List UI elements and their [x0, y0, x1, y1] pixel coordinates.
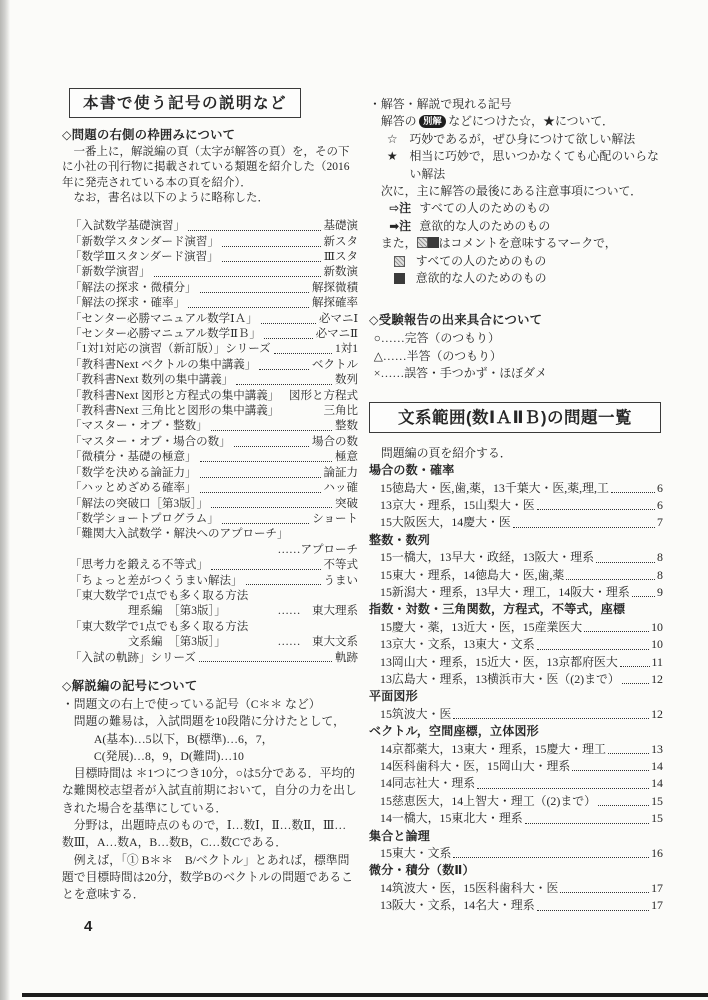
problem-schools: 15筑波大・医: [380, 706, 451, 723]
spacer: [279, 389, 289, 404]
spacer: [70, 543, 278, 558]
dotted-leader: [219, 250, 324, 265]
book-abbr: 整数: [335, 419, 358, 434]
problem-schools: 14同志社大・理系: [380, 775, 475, 792]
dotted-leader: [271, 342, 335, 357]
book-row: 「入試数学基礎演習」基礎演: [62, 219, 358, 234]
dotted-leader: [196, 651, 335, 666]
problem-row: 14京都薬大，13東大・理系，15慶大・理工13: [369, 741, 663, 758]
problem-page-number: 11: [652, 654, 663, 671]
shaded-square-icon: [394, 256, 405, 267]
dotted-leader: [596, 793, 651, 810]
left-column: 本書で使う記号の説明など ◇問題の右側の枠囲みについて 一番上に，解説編の頁（太…: [62, 88, 358, 904]
book-abbr: 三角比: [324, 404, 359, 419]
dotted-leader: [511, 514, 657, 531]
book-row: 「微積分・基礎の極意」極意: [62, 450, 358, 465]
dotted-leader: [523, 810, 651, 827]
book-row: 「センター必勝マニュアル数学ⅠＡ」必マニⅠ: [62, 312, 358, 327]
dotted-leader: [208, 419, 335, 434]
problem-row: 15筑波大・医12: [369, 706, 663, 723]
book-abbr: ショート: [312, 512, 358, 527]
book-row: 「教科書Next ベクトルの集中講義」ベクトル: [62, 358, 358, 373]
book-row: 「思考力を鍛える不等式」不等式: [62, 558, 358, 573]
kaisetsu-heading: ◇解説編の記号について: [62, 678, 358, 694]
problem-group-heading: 場合の数・確率: [369, 462, 663, 479]
white-arrow-note-icon: ⇨注: [389, 200, 411, 217]
filled-square-icon: [428, 237, 439, 248]
book-title: 「東大数学で1点でも多く取る方法: [70, 589, 248, 604]
problem-schools: 14一橋大，15東北大・理系: [380, 810, 523, 827]
book-row: 「数学ショートプログラム」ショート: [62, 512, 358, 527]
kaisetsu-field-para: 分野は，出題時点のもので，Ⅰ…数Ⅰ，Ⅱ…数Ⅱ，Ⅲ…数Ⅲ，A…数A，B…数B，C……: [62, 817, 358, 852]
problem-page-number: 15: [651, 793, 663, 810]
problem-group-heading: ベクトル，空間座標，立体図形: [369, 723, 663, 740]
report-item-complete: ○……完答（のつもり）: [374, 330, 663, 347]
spacer: [279, 404, 323, 419]
book-row: 「入試の軌跡」シリーズ軌跡: [62, 651, 358, 666]
problem-schools: 14医科歯科大・医，15岡山大・理系: [380, 758, 570, 775]
comment-item-ambitious: 意欲的な人のためのもの: [369, 270, 663, 287]
problem-schools: 14京都薬大，13東大・理系，15慶大・理工: [380, 741, 606, 758]
problem-row: 15慶大・薬，13近大・医，15産業医大10: [369, 619, 663, 636]
problem-page-number: 17: [651, 880, 663, 897]
book-abbr: 不等式: [324, 558, 359, 573]
symbols-title: 本書で使う記号の説明など: [83, 95, 287, 112]
dotted-leader: [197, 281, 313, 296]
book-abbr: 図形と方程式: [289, 389, 358, 404]
problem-group-heading: 平面図形: [369, 688, 663, 705]
problem-page-number: 8: [657, 567, 663, 584]
book-row: 「難関大入試数学・解決へのアプローチ」: [62, 527, 358, 542]
dotted-leader: [256, 358, 312, 373]
dotted-leader: [208, 497, 335, 512]
book-title: 「難関大入試数学・解決へのアプローチ」: [70, 527, 289, 542]
book-row: 「数学を決める論証力」論証力: [62, 466, 358, 481]
problem-schools: 13京大・文系，13東大・文系: [380, 636, 535, 653]
problem-group-heading: 整数・数列: [369, 532, 663, 549]
book-row: 「教科書Next 三角比と図形の集中講義」三角比: [62, 404, 358, 419]
note-item-all: ⇨注 すべての人のためのもの: [369, 200, 663, 217]
black-arrow-note-icon: ➡注: [389, 218, 411, 235]
book-title: 「東大数学で1点でも多く取る方法: [70, 620, 248, 635]
book-title: 「教科書Next 三角比と図形の集中講義」: [70, 404, 279, 419]
problem-group-heading: 微分・積分（数Ⅱ）: [369, 862, 663, 879]
problem-page-number: 12: [651, 706, 663, 723]
dotted-leader: [564, 567, 657, 584]
problem-page-number: 14: [651, 758, 663, 775]
problem-row: 13阪大・文系，14名大・理系17: [369, 897, 663, 914]
book-row: 理系編 ［第3版］」…… 東大理系: [62, 604, 358, 619]
problem-page-number: 10: [651, 619, 663, 636]
book-row: 「マスター・オブ・場合の数」場合の数: [62, 435, 358, 450]
bunkei-list-title-box: 文系範囲(数ⅠＡⅡＢ)の問題一覧: [369, 402, 661, 433]
dotted-leader: [451, 706, 651, 723]
spacer: [226, 635, 278, 650]
book-title: 「ハッとめざめる確率」: [70, 481, 197, 496]
book-row: 「ちょっと差がつくうまい解法」うまい: [62, 574, 358, 589]
book-title: 「教科書Next ベクトルの集中講義」: [70, 358, 256, 373]
book-row: 「マスター・オブ・整数」整数: [62, 419, 358, 434]
right-column: ・解答・解説で現れる記号 解答の別解などにつけた☆，★について． ☆ 巧妙である…: [369, 96, 663, 915]
problem-schools: 13岡山大・理系，15近大・医，13京都府医大: [380, 654, 618, 671]
problem-group-heading: 集合と論理: [369, 828, 663, 845]
problem-row: 14同志社大・理系14: [369, 775, 663, 792]
book-title: 「新数学スタンダード演習」: [70, 235, 219, 250]
dotted-leader: [261, 327, 316, 342]
problem-page-number: 15: [651, 810, 663, 827]
report-items: ○……完答（のつもり） △……半答（のつもり） ×……誤答・手つかず・ほぼダメ: [369, 330, 663, 382]
report-item-wrong: ×……誤答・手つかず・ほぼダメ: [374, 365, 663, 382]
spacer: [226, 604, 278, 619]
book-abbr: 新スタ: [324, 235, 359, 250]
dotted-leader: [558, 880, 651, 897]
book-row: 「新数学スタンダード演習」新スタ: [62, 235, 358, 250]
frame-section-para1: 一番上に，解説編の頁（太字が解答の頁）を，その下に小社の刊行物に掲載されている類…: [62, 145, 358, 191]
dotted-leader: [185, 219, 324, 234]
book-row: 「新数学演習」新数演: [62, 265, 358, 280]
kaisetsu-grade-a-line: A(基本)…5以下，B(標準)…6，7，: [62, 731, 358, 748]
dotted-leader: [151, 265, 324, 280]
book-row: 「解法の探求・微積分」解探微積: [62, 281, 358, 296]
scan-edge-bottom: [22, 993, 708, 997]
book-row: 「教科書Next 図形と方程式の集中講義」図形と方程式: [62, 389, 358, 404]
bekkai-badge: 別解: [419, 115, 447, 128]
dotted-leader: [219, 235, 323, 250]
filled-square-icon: [394, 273, 405, 284]
dotted-leader: [451, 845, 651, 862]
book-abbr: 数列: [335, 373, 358, 388]
problem-group-heading: 指数・対数・三角関数，方程式，不等式，座標: [369, 601, 663, 618]
filled-square-text: 意欲的な人のためのもの: [416, 270, 547, 287]
book-title: 理系編 ［第3版］」: [128, 604, 226, 619]
problem-row: 13京大・理系，15山梨大・医6: [369, 497, 663, 514]
book-row: ……アプローチ: [62, 543, 358, 558]
problem-page-number: 8: [657, 549, 663, 566]
book-abbr: 解探確率: [312, 296, 358, 311]
dotted-leader: [535, 636, 652, 653]
book-abbreviation-list: 「入試数学基礎演習」基礎演「新数学スタンダード演習」新スタ「数学Ⅲスタンダード演…: [62, 219, 358, 666]
problem-page-number: 14: [651, 775, 663, 792]
book-title: 「1対1対応の演習（新訂版）」シリーズ: [70, 342, 271, 357]
problem-row: 15東大・文系16: [369, 845, 663, 862]
frame-section-para2: なお，書名は以下のように略称した．: [62, 191, 358, 206]
shaded-square-text: すべての人のためのもの: [416, 253, 547, 270]
white-star-text: 巧妙であるが，ぜひ身につけて欲しい解法: [409, 131, 663, 148]
comment-intro-post: はコメントを意味するマークで，: [439, 236, 617, 250]
dotted-leader: [594, 549, 657, 566]
problem-row: 15徳島大・医,歯,薬，13千葉大・医,薬,理,工6: [369, 480, 663, 497]
star-item-white: ☆ 巧妙であるが，ぜひ身につけて欲しい解法: [369, 131, 663, 148]
book-title: 「教科書Next 数列の集中講義」: [70, 373, 233, 388]
problem-schools: 15一橋大，13早大・政経，13阪大・理系: [380, 549, 594, 566]
kaisetsu-time-para: 目標時間は ＊1つにつき10分，○は5分である．平均的な難関校志望者が入試直前期…: [62, 765, 358, 817]
dotted-leader: [570, 758, 651, 775]
book-abbr: ハッ確: [324, 481, 359, 496]
book-abbr: 1対1: [335, 342, 358, 357]
problem-row: 14筑波大・医，15医科歯科大・医17: [369, 880, 663, 897]
kaisetsu-grade-c-line: C(発展)…8，9，D(難問)…10: [62, 748, 358, 765]
shaded-square-icon: [417, 237, 428, 248]
answer-symbols-heading: ・解答・解説で現れる記号: [369, 96, 663, 113]
comment-intro-pre: また，: [381, 236, 417, 250]
dotted-leader: [535, 897, 652, 914]
problem-schools: 15大阪医大，14慶大・医: [380, 514, 511, 531]
problem-row: 15新潟大・理系，13早大・理工，14阪大・理系9: [369, 584, 663, 601]
dotted-leader: [606, 741, 651, 758]
problem-row: 13岡山大・理系，15近大・医，13京都府医大11: [369, 654, 663, 671]
book-title: 「数学を決める論証力」: [70, 466, 197, 481]
book-abbr: 突破: [335, 497, 358, 512]
book-title: 「センター必勝マニュアル数学ⅡＢ」: [70, 327, 261, 342]
report-item-half: △……半答（のつもり）: [374, 348, 663, 365]
problem-schools: 15慶大・薬，13近大・医，15産業医大: [380, 619, 582, 636]
book-abbr: 必マニⅠ: [319, 312, 358, 327]
dotted-leader: [197, 481, 324, 496]
problem-row: 15大阪医大，14慶大・医7: [369, 514, 663, 531]
problem-list: 場合の数・確率15徳島大・医,歯,薬，13千葉大・医,薬,理,工613京大・理系…: [369, 462, 663, 915]
report-heading: ◇受験報告の出来具合について: [369, 312, 663, 328]
kaisetsu-section: ◇解説編の記号について ・問題文の右上で使っている記号（C＊＊ など） 問題の難…: [62, 678, 358, 904]
kaisetsu-example-para: 例えば，「① B＊＊ B/ベクトル」とあれば，標準問題で目標時間は20分，数学B…: [62, 852, 358, 904]
book-row: 文系編 ［第3版］」…… 東大文系: [62, 635, 358, 650]
dotted-leader: [535, 497, 657, 514]
book-row: 「センター必勝マニュアル数学ⅡＢ」必マニⅡ: [62, 327, 358, 342]
problem-row: 14一橋大，15東北大・理系15: [369, 810, 663, 827]
dotted-leader: [233, 373, 335, 388]
book-title: 「解法の突破口［第3版］」: [70, 497, 208, 512]
book-row: 「東大数学で1点でも多く取る方法: [62, 589, 358, 604]
book-row: 「1対1対応の演習（新訂版）」シリーズ1対1: [62, 342, 358, 357]
problem-row: 13京大・文系，13東大・文系10: [369, 636, 663, 653]
problem-row: 15東大・理系，14徳島大・医,歯,薬8: [369, 567, 663, 584]
dotted-leader: [219, 512, 312, 527]
book-abbr: 論証力: [324, 466, 359, 481]
book-title: 「入試数学基礎演習」: [70, 219, 185, 234]
book-abbr: 極意: [335, 450, 358, 465]
book-abbr: 新数演: [324, 265, 359, 280]
book-row: 「東大数学で1点でも多く取る方法: [62, 620, 358, 635]
book-row: 「解法の突破口［第3版］」突破: [62, 497, 358, 512]
book-row: 「数学Ⅲスタンダード演習」Ⅲスタ: [62, 250, 358, 265]
book-title: 「入試の軌跡」シリーズ: [70, 651, 196, 666]
book-abbr: ベクトル: [312, 358, 358, 373]
book-abbr: 場合の数: [312, 435, 358, 450]
book-abbr: うまい: [324, 574, 359, 589]
dotted-leader: [208, 558, 324, 573]
problem-schools: 13阪大・文系，14名大・理系: [380, 897, 535, 914]
book-title: 「思考力を鍛える不等式」: [70, 558, 208, 573]
problem-page-number: 7: [657, 514, 663, 531]
book-abbr: …… 東大文系: [278, 635, 359, 650]
book-title: 「マスター・オブ・場合の数」: [70, 435, 231, 450]
dotted-leader: [185, 296, 312, 311]
book-abbr: 軌跡: [335, 651, 358, 666]
problem-page-number: 9: [657, 584, 663, 601]
problem-schools: 15徳島大・医,歯,薬，13千葉大・医,薬,理,工: [380, 480, 609, 497]
badge-line-post: などにつけた☆，★について．: [448, 114, 614, 128]
dotted-leader: [258, 312, 319, 327]
symbols-title-box: 本書で使う記号の説明など: [69, 88, 301, 118]
problem-page-number: 16: [651, 845, 663, 862]
book-title: 「数学Ⅲスタンダード演習」: [70, 250, 219, 265]
black-star-text: 相当に巧妙で，思いつかなくても心配のいらない解法: [409, 148, 663, 183]
scan-edge-left: [0, 0, 10, 1000]
frame-section-heading: ◇問題の右側の枠囲みについて: [62, 127, 358, 143]
book-title: 「センター必勝マニュアル数学ⅠＡ」: [70, 312, 258, 327]
comment-item-all: すべての人のためのもの: [369, 253, 663, 270]
dotted-leader: [630, 584, 657, 601]
book-title: 「解法の探求・微積分」: [70, 281, 197, 296]
problem-schools: 15東大・文系: [380, 845, 451, 862]
book-title: 「教科書Next 図形と方程式の集中講義」: [70, 389, 279, 404]
problem-row: 15一橋大，13早大・政経，13阪大・理系8: [369, 549, 663, 566]
book-row: 「解法の探求・確率」解探確率: [62, 296, 358, 311]
book-title: 「ちょっと差がつくうまい解法」: [70, 574, 243, 589]
dotted-leader: [243, 574, 324, 589]
book-title: 「解法の探求・確率」: [70, 296, 185, 311]
problem-schools: 15慈恵医大，14上智大・理工（(2)まで）: [380, 793, 596, 810]
black-star-icon: ★: [387, 148, 410, 183]
bunkei-list-title: 文系範囲(数ⅠＡⅡＢ)の問題一覧: [398, 409, 632, 427]
book-abbr: …… 東大理系: [278, 604, 359, 619]
book-title: 文系編 ［第3版］」: [128, 635, 226, 650]
dotted-leader: [197, 466, 324, 481]
white-star-icon: ☆: [387, 131, 410, 148]
problem-schools: 15東大・理系，14徳島大・医,歯,薬: [380, 567, 564, 584]
dotted-leader: [609, 480, 657, 497]
book-title: 「数学ショートプログラム」: [70, 512, 219, 527]
dotted-leader: [197, 450, 336, 465]
book-title: 「新数学演習」: [70, 265, 151, 280]
book-abbr: 基礎演: [324, 219, 359, 234]
note-item-ambitious: ➡注 意欲的な人のためのもの: [369, 218, 663, 235]
problem-list-intro: 問題編の頁を紹介する．: [369, 445, 663, 462]
book-title: 「微積分・基礎の極意」: [70, 450, 197, 465]
problem-row: 13広島大・理系，13横浜市大・医（(2)まで）12: [369, 671, 663, 688]
problem-schools: 13広島大・理系，13横浜市大・医（(2)まで）: [380, 671, 620, 688]
problem-page-number: 17: [651, 897, 663, 914]
book-abbr: 必マニⅡ: [316, 327, 358, 342]
white-arrow-note-text: すべての人のためのもの: [419, 200, 550, 217]
book-abbr: 解探微積: [312, 281, 358, 296]
badge-line: 解答の別解などにつけた☆，★について．: [369, 113, 663, 130]
dotted-leader: [620, 671, 651, 688]
kaisetsu-bullet: ・問題文の右上で使っている記号（C＊＊ など）: [62, 696, 358, 713]
comment-intro: また，はコメントを意味するマークで，: [369, 235, 663, 252]
book-abbr: Ⅲスタ: [324, 250, 358, 265]
problem-page-number: 6: [657, 480, 663, 497]
problem-schools: 14筑波大・医，15医科歯科大・医: [380, 880, 558, 897]
problem-page-number: 12: [651, 671, 663, 688]
dotted-leader: [618, 654, 652, 671]
book-title: 「マスター・オブ・整数」: [70, 419, 208, 434]
book-abbr: ……アプローチ: [278, 543, 359, 558]
dotted-leader: [231, 435, 312, 450]
problem-row: 14医科歯科大・医，15岡山大・理系14: [369, 758, 663, 775]
problem-page-number: 6: [657, 497, 663, 514]
problem-schools: 13京大・理系，15山梨大・医: [380, 497, 535, 514]
kaisetsu-difficulty-line: 問題の難易は，入試問題を10段階に分けたとして，: [62, 713, 358, 730]
problem-row: 15慈恵医大，14上智大・理工（(2)まで）15: [369, 793, 663, 810]
book-row: 「ハッとめざめる確率」ハッ確: [62, 481, 358, 496]
problem-page-number: 10: [651, 636, 663, 653]
dotted-leader: [582, 619, 651, 636]
note-intro: 次に，主に解答の最後にある注意事項について．: [369, 183, 663, 200]
problem-page-number: 13: [651, 741, 663, 758]
book-row: 「教科書Next 数列の集中講義」数列: [62, 373, 358, 388]
dotted-leader: [475, 775, 651, 792]
black-arrow-note-text: 意欲的な人のためのもの: [419, 218, 550, 235]
badge-line-pre: 解答の: [381, 114, 417, 128]
page-number: 4: [84, 918, 92, 935]
problem-schools: 15新潟大・理系，13早大・理工，14阪大・理系: [380, 584, 630, 601]
star-item-black: ★ 相当に巧妙で，思いつかなくても心配のいらない解法: [369, 148, 663, 183]
